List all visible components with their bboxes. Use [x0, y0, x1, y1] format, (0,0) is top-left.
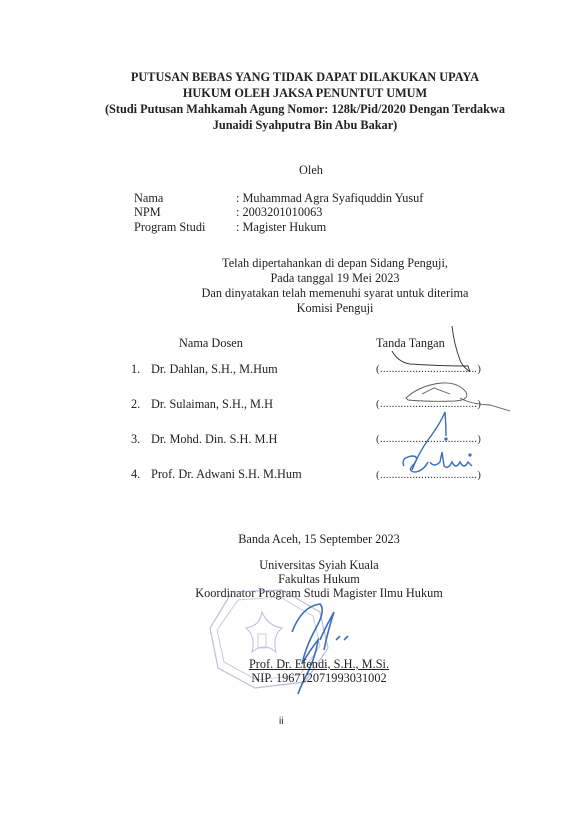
examiner-name-header: Nama Dosen [179, 336, 243, 350]
signature-header: Tanda Tangan [376, 336, 445, 350]
examiner-1-name: Dr. Dahlan, S.H., M.Hum [151, 362, 278, 376]
identity-value-program: : Magister Hukum [236, 220, 326, 234]
thesis-title: PUTUSAN BEBAS YANG TIDAK DAPAT DILAKUKAN… [100, 69, 510, 133]
examiner-1-number: 1. [131, 362, 140, 376]
examiner-4-signature-line: (.................................) [376, 469, 481, 481]
title-line-1: PUTUSAN BEBAS YANG TIDAK DAPAT DILAKUKAN… [100, 69, 510, 85]
place-date: Banda Aceh, 15 September 2023 [114, 532, 524, 546]
identity-label-npm: NPM [134, 205, 161, 219]
identity-value-name: : Muhammad Agra Syafiquddin Yusuf [236, 191, 423, 205]
document-page: PUTUSAN BEBAS YANG TIDAK DAPAT DILAKUKAN… [0, 0, 579, 819]
defense-line-2: Pada tanggal 19 Mei 2023 [130, 271, 540, 285]
faculty-name: Fakultas Hukum [114, 572, 524, 586]
examiner-3-name: Dr. Mohd. Din. S.H. M.H [151, 432, 277, 446]
examiner-4-number: 4. [131, 467, 140, 481]
examiner-4-name: Prof. Dr. Adwani S.H. M.Hum [151, 467, 302, 481]
title-line-3: (Studi Putusan Mahkamah Agung Nomor: 128… [70, 101, 540, 117]
university-name: Universitas Syiah Kuala [114, 558, 524, 572]
identity-label-name: Nama [134, 191, 163, 205]
examiner-1-signature-line: (.................................) [376, 363, 481, 375]
identity-label-program: Program Studi [134, 220, 205, 234]
coordinator-position: Koordinator Program Studi Magister Ilmu … [114, 586, 524, 600]
examiner-2-number: 2. [131, 397, 140, 411]
examiner-2-signature-line: (.................................) [376, 398, 481, 410]
signatory-nip: NIP. 196712071993031002 [114, 671, 524, 685]
identity-value-npm: : 2003201010063 [236, 205, 322, 219]
defense-line-3: Dan dinyatakan telah memenuhi syarat unt… [130, 286, 540, 300]
title-line-4: Junaidi Syahputra Bin Abu Bakar) [100, 117, 510, 133]
signatory-name: Prof. Dr. Efendi, S.H., M.Si. [114, 657, 524, 671]
defense-line-1: Telah dipertahankan di depan Sidang Peng… [130, 256, 540, 270]
page-number: ii [279, 716, 283, 727]
by-label: Oleh [106, 163, 516, 177]
examiner-2-name: Dr. Sulaiman, S.H., M.H [151, 397, 273, 411]
defense-line-4: Komisi Penguji [130, 301, 540, 315]
title-line-2: HUKUM OLEH JAKSA PENUNTUT UMUM [100, 85, 510, 101]
examiner-3-number: 3. [131, 432, 140, 446]
examiner-3-signature-line: (.................................) [376, 433, 481, 445]
